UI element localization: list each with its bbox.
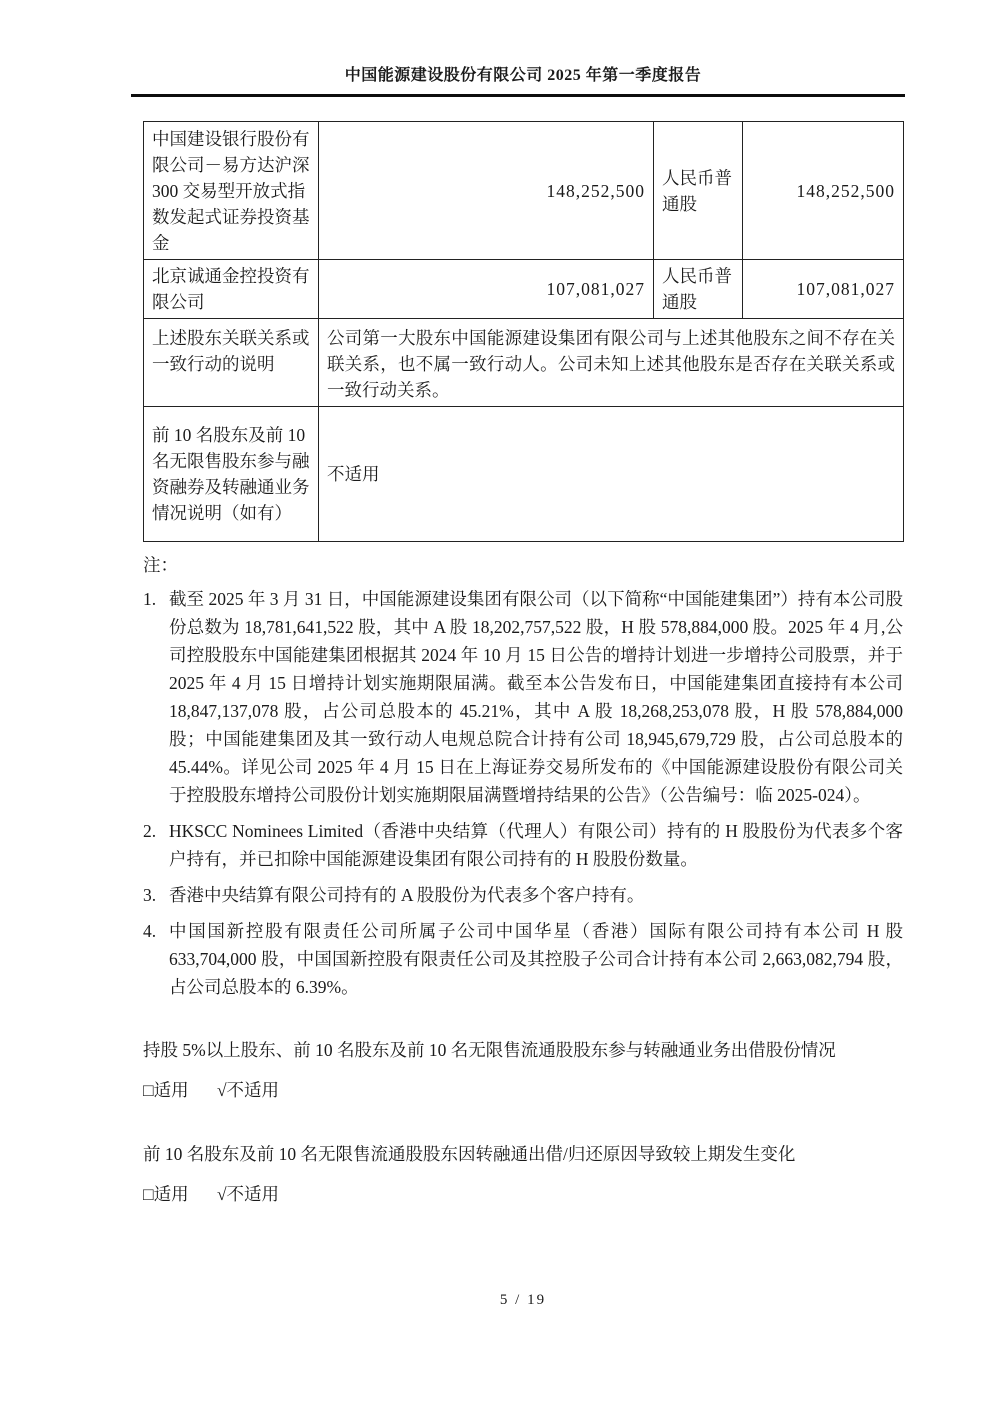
note-number: 3.: [143, 881, 169, 909]
note-item-2: 2. HKSCC Nominees Limited（香港中央结算（代理人）有限公…: [143, 817, 903, 873]
share-type-cell: 人民币普通股: [654, 260, 743, 319]
applicability-options: □适用 √不适用: [143, 1179, 903, 1209]
table-row-shareholder-chengtong: 北京诚通金控投资有限公司 107,081,027 人民币普通股 107,081,…: [144, 260, 904, 319]
table-row-margin-securities-lending: 前 10 名股东及前 10 名无限售股东参与融资融券及转融通业务情况说明（如有）…: [144, 407, 904, 542]
page-header: 中国能源建设股份有限公司 2025 年第一季度报告: [0, 0, 1000, 97]
shareholder-name-cell: 中国建设银行股份有限公司－易方达沪深 300 交易型开放式指数发起式证券投资基金: [144, 122, 319, 260]
row-label-cell: 前 10 名股东及前 10 名无限售股东参与融资融券及转融通业务情况说明（如有）: [144, 407, 319, 542]
shares-unrestricted-cell: 148,252,500: [743, 122, 904, 260]
row-content-cell: 公司第一大股东中国能源建设集团有限公司与上述其他股东之间不存在关联关系，也不属一…: [319, 319, 904, 407]
section-title: 前 10 名股东及前 10 名无限售流通股股东因转融通出借/归还原因导致较上期发…: [143, 1139, 903, 1169]
note-text: 香港中央结算有限公司持有的 A 股股份为代表多个客户持有。: [169, 881, 903, 909]
note-item-3: 3. 香港中央结算有限公司持有的 A 股股份为代表多个客户持有。: [143, 881, 903, 909]
note-number: 4.: [143, 917, 169, 1001]
table-row-relationship-statement: 上述股东关联关系或一致行动的说明 公司第一大股东中国能源建设集团有限公司与上述其…: [144, 319, 904, 407]
checkbox-unchecked-applicable: □适用: [143, 1080, 189, 1100]
header-rule: [131, 94, 905, 97]
checkbox-unchecked-applicable: □适用: [143, 1184, 189, 1204]
note-number: 2.: [143, 817, 169, 873]
table-row-shareholder-ccb-efund: 中国建设银行股份有限公司－易方达沪深 300 交易型开放式指数发起式证券投资基金…: [144, 122, 904, 260]
note-item-1: 1. 截至 2025 年 3 月 31 日，中国能源建设集团有限公司（以下简称“…: [143, 585, 903, 809]
section-securities-lending-status: 持股 5%以上股东、前 10 名股东及前 10 名无限售流通股股东参与转融通业务…: [143, 1035, 903, 1105]
section-securities-lending-change: 前 10 名股东及前 10 名无限售流通股股东因转融通出借/归还原因导致较上期发…: [143, 1139, 903, 1209]
note-number: 1.: [143, 585, 169, 809]
page-content: 中国建设银行股份有限公司－易方达沪深 300 交易型开放式指数发起式证券投资基金…: [143, 121, 903, 1209]
note-text: 截至 2025 年 3 月 31 日，中国能源建设集团有限公司（以下简称“中国能…: [169, 585, 903, 809]
note-text: 中国国新控股有限责任公司所属子公司中国华星（香港）国际有限公司持有本公司 H 股…: [169, 917, 903, 1001]
section-title: 持股 5%以上股东、前 10 名股东及前 10 名无限售流通股股东参与转融通业务…: [143, 1035, 903, 1065]
report-title: 中国能源建设股份有限公司 2025 年第一季度报告: [143, 62, 903, 85]
share-type-cell: 人民币普通股: [654, 122, 743, 260]
shares-unrestricted-cell: 107,081,027: [743, 260, 904, 319]
note-item-4: 4. 中国国新控股有限责任公司所属子公司中国华星（香港）国际有限公司持有本公司 …: [143, 917, 903, 1001]
page-footer: 5 / 19: [143, 1292, 903, 1309]
row-label-cell: 上述股东关联关系或一致行动的说明: [144, 319, 319, 407]
checkbox-checked-not-applicable: √不适用: [217, 1080, 279, 1100]
applicability-options: □适用 √不适用: [143, 1075, 903, 1105]
shares-held-cell: 107,081,027: [319, 260, 654, 319]
row-content-cell: 不适用: [319, 407, 904, 542]
shares-held-cell: 148,252,500: [319, 122, 654, 260]
notes-list: 1. 截至 2025 年 3 月 31 日，中国能源建设集团有限公司（以下简称“…: [143, 585, 903, 1001]
note-text: HKSCC Nominees Limited（香港中央结算（代理人）有限公司）持…: [169, 817, 903, 873]
notes-label: 注：: [143, 552, 903, 577]
page-number: 5 / 19: [500, 1292, 546, 1308]
shareholder-name-cell: 北京诚通金控投资有限公司: [144, 260, 319, 319]
checkbox-checked-not-applicable: √不适用: [217, 1184, 279, 1204]
shareholder-table: 中国建设银行股份有限公司－易方达沪深 300 交易型开放式指数发起式证券投资基金…: [143, 121, 904, 542]
report-page: 中国能源建设股份有限公司 2025 年第一季度报告 中国建设银行股份有限公司－易…: [0, 0, 1000, 1414]
